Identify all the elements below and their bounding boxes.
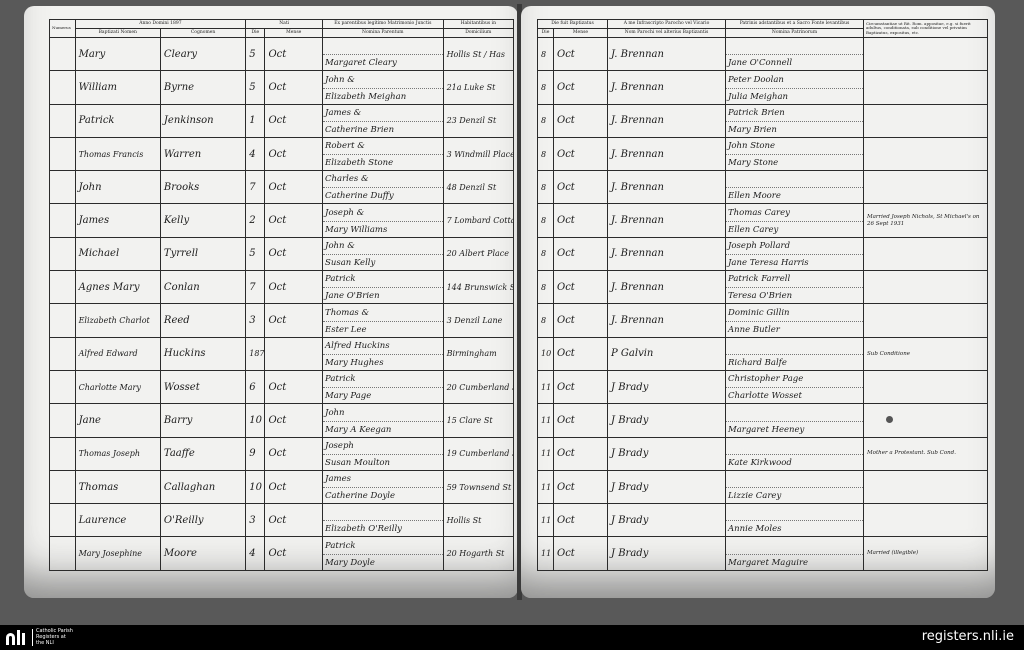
- father-name: Robert &: [323, 138, 443, 154]
- domicile: Hollis St / Has: [443, 38, 513, 71]
- entry-number: [50, 71, 76, 104]
- table-row: MichaelTyrrell5OctJohn &Susan Kelly20 Al…: [50, 237, 514, 270]
- ink-spot: [886, 416, 893, 423]
- baptized-surname: Moore: [160, 537, 245, 570]
- birth-month: Oct: [265, 237, 323, 270]
- table-row: WilliamByrne5OctJohn &Elizabeth Meighan2…: [50, 71, 514, 104]
- father-name: John &: [323, 238, 443, 254]
- baptized-surname: Brooks: [160, 171, 245, 204]
- godmother-name: Annie Moles: [726, 520, 863, 536]
- godparents-names: Patrick FarrellTeresa O'Brien: [726, 271, 864, 304]
- birth-month: Oct: [265, 38, 323, 71]
- circumstance-note: [864, 304, 988, 337]
- table-row: 11OctJ BradyMargaret MaguireMarried (ill…: [538, 537, 988, 570]
- godmother-name: Richard Balfe: [726, 354, 863, 370]
- image-viewer[interactable]: Numerus Anno Domini 1897 Nati Ex parenti…: [0, 0, 1024, 625]
- table-row: 8OctJ. BrennanEllen Moore: [538, 171, 988, 204]
- baptism-register-right-table: Die fuit Baptizatus A me Infrascripto Pa…: [537, 19, 988, 571]
- entry-number: [50, 404, 76, 437]
- baptized-name: Alfred Edward: [75, 337, 160, 370]
- entry-number: [50, 137, 76, 170]
- mother-name: Susan Kelly: [323, 254, 443, 270]
- table-row: JohnBrooks7OctCharles &Catherine Duffy48…: [50, 171, 514, 204]
- godfather-name: Patrick Farrell: [726, 271, 863, 287]
- birth-month: Oct: [265, 470, 323, 503]
- godmother-name: Lizzie Carey: [726, 487, 863, 503]
- circumstance-note: [864, 504, 988, 537]
- parents-names: PatrickMary Doyle: [323, 537, 444, 570]
- baptized-surname: Reed: [160, 304, 245, 337]
- baptism-month: Oct: [554, 237, 608, 270]
- baptized-name: Mary: [75, 38, 160, 71]
- godfather-name: Peter Doolan: [726, 72, 863, 88]
- circumstance-note: Married Joseph Nichols, St Michael's on …: [864, 204, 988, 237]
- header-ministro: A me Infrascripto Parocho vel Vicario: [608, 20, 726, 29]
- domicile: 48 Denzil St: [443, 171, 513, 204]
- birth-month: Oct: [265, 104, 323, 137]
- baptism-month: Oct: [554, 38, 608, 71]
- table-row: 8OctJ. BrennanJane O'Connell: [538, 38, 988, 71]
- table-row: 11OctJ BradyMargaret Heeney: [538, 404, 988, 437]
- priest-name: J. Brennan: [608, 271, 726, 304]
- godmother-name: Teresa O'Brien: [726, 287, 863, 303]
- birth-day: 2: [246, 204, 265, 237]
- table-row: JamesKelly2OctJoseph &Mary Williams7 Lom…: [50, 204, 514, 237]
- entry-number: [50, 104, 76, 137]
- baptized-surname: Kelly: [160, 204, 245, 237]
- baptism-month: Oct: [554, 104, 608, 137]
- parents-names: PatrickMary Page: [323, 370, 444, 403]
- domicile: Hollis St: [443, 504, 513, 537]
- baptism-day: 8: [538, 304, 554, 337]
- baptism-month: Oct: [554, 171, 608, 204]
- entry-number: [50, 470, 76, 503]
- baptized-surname: Cleary: [160, 38, 245, 71]
- baptism-day: 8: [538, 204, 554, 237]
- birth-month: Oct: [265, 137, 323, 170]
- baptized-name: Charlotte Mary: [75, 370, 160, 403]
- table-row: 10OctP GalvinRichard BalfeSub Conditione: [538, 337, 988, 370]
- birth-day: 1875: [246, 337, 265, 370]
- priest-name: J Brady: [608, 537, 726, 570]
- mother-name: Elizabeth Meighan: [323, 88, 443, 104]
- parents-names: Charles &Catherine Duffy: [323, 171, 444, 204]
- circumstance-note: [864, 137, 988, 170]
- birth-day: 4: [246, 137, 265, 170]
- domicile: 20 Cumberland St: [443, 370, 513, 403]
- baptism-day: 8: [538, 71, 554, 104]
- parents-names: John &Elizabeth Meighan: [323, 71, 444, 104]
- priest-name: J. Brennan: [608, 71, 726, 104]
- birth-day: 7: [246, 271, 265, 304]
- table-row: 11OctJ BradyLizzie Carey: [538, 470, 988, 503]
- father-name: Patrick: [323, 538, 443, 554]
- birth-day: 3: [246, 504, 265, 537]
- parents-names: John &Susan Kelly: [323, 237, 444, 270]
- birth-month: Oct: [265, 71, 323, 104]
- godmother-name: Kate Kirkwood: [726, 454, 863, 470]
- circumstance-note: [864, 171, 988, 204]
- father-name: [323, 38, 443, 54]
- header-nomina-patrinorum: Nomina Patrinorum: [726, 29, 864, 38]
- godparents-names: Annie Moles: [726, 504, 864, 537]
- priest-name: P Galvin: [608, 337, 726, 370]
- table-row: Agnes MaryConlan7OctPatrickJane O'Brien1…: [50, 271, 514, 304]
- birth-day: 4: [246, 537, 265, 570]
- baptized-name: Mary Josephine: [75, 537, 160, 570]
- birth-month: Oct: [265, 437, 323, 470]
- register-page-left: Numerus Anno Domini 1897 Nati Ex parenti…: [24, 6, 518, 598]
- table-row: JaneBarry10OctJohnMary A Keegan15 Clare …: [50, 404, 514, 437]
- site-link[interactable]: registers.nli.ie: [922, 629, 1014, 644]
- circumstance-note: [864, 71, 988, 104]
- entry-number: [50, 38, 76, 71]
- table-row: 8OctJ. BrennanPatrick FarrellTeresa O'Br…: [538, 271, 988, 304]
- domicile: Birmingham: [443, 337, 513, 370]
- father-name: Alfred Huckins: [323, 338, 443, 354]
- godfather-name: [726, 38, 863, 54]
- godfather-name: John Stone: [726, 138, 863, 154]
- entry-number: [50, 504, 76, 537]
- birth-day: 10: [246, 470, 265, 503]
- baptized-surname: Taaffe: [160, 437, 245, 470]
- baptism-month: Oct: [554, 437, 608, 470]
- header-die: Die: [246, 29, 265, 38]
- father-name: James &: [323, 105, 443, 121]
- birth-month: Oct: [265, 537, 323, 570]
- table-row: MaryCleary5OctMargaret ClearyHollis St /…: [50, 38, 514, 71]
- table-row: ThomasCallaghan10OctJamesCatherine Doyle…: [50, 470, 514, 503]
- godparents-names: Peter DoolanJulia Meighan: [726, 71, 864, 104]
- baptized-surname: Jenkinson: [160, 104, 245, 137]
- birth-day: 1: [246, 104, 265, 137]
- baptism-month: Oct: [554, 204, 608, 237]
- entry-number: [50, 437, 76, 470]
- godparents-names: Richard Balfe: [726, 337, 864, 370]
- godmother-name: Ellen Carey: [726, 221, 863, 237]
- father-name: Joseph &: [323, 205, 443, 221]
- baptism-month: Oct: [554, 337, 608, 370]
- mother-name: Susan Moulton: [323, 454, 443, 470]
- header-habitantibus: Habitantibus in: [443, 20, 513, 29]
- nli-logo-icon[interactable]: [6, 629, 30, 645]
- godparents-names: Lizzie Carey: [726, 470, 864, 503]
- godparents-names: Dominic GillinAnne Butler: [726, 304, 864, 337]
- godmother-name: Charlotte Wosset: [726, 387, 863, 403]
- baptized-name: Thomas: [75, 470, 160, 503]
- godfather-name: Thomas Carey: [726, 205, 863, 221]
- father-name: James: [323, 471, 443, 487]
- table-row: 8OctJ. BrennanJohn StoneMary Stone: [538, 137, 988, 170]
- baptism-day: 8: [538, 271, 554, 304]
- baptism-month: Oct: [554, 271, 608, 304]
- entry-number: [50, 237, 76, 270]
- godmother-name: Anne Butler: [726, 321, 863, 337]
- table-row: 8OctJ. BrennanJoseph PollardJane Teresa …: [538, 237, 988, 270]
- mother-name: Catherine Doyle: [323, 487, 443, 503]
- godparents-names: Jane O'Connell: [726, 38, 864, 71]
- table-row: PatrickJenkinson1OctJames &Catherine Bri…: [50, 104, 514, 137]
- father-name: Thomas &: [323, 305, 443, 321]
- godfather-name: Dominic Gillin: [726, 305, 863, 321]
- domicile: 7 Lombard Cottages: [443, 204, 513, 237]
- father-name: Patrick: [323, 271, 443, 287]
- priest-name: J Brady: [608, 404, 726, 437]
- baptism-day: 8: [538, 237, 554, 270]
- baptism-day: 11: [538, 370, 554, 403]
- birth-day: 5: [246, 237, 265, 270]
- circumstance-note: [864, 404, 988, 437]
- godmother-name: Mary Stone: [726, 154, 863, 170]
- baptism-month: Oct: [554, 370, 608, 403]
- table-row: LaurenceO'Reilly3OctElizabeth O'ReillyHo…: [50, 504, 514, 537]
- baptism-month: Oct: [554, 137, 608, 170]
- mother-name: Mary Hughes: [323, 354, 443, 370]
- baptism-month: Oct: [554, 404, 608, 437]
- table-row: Charlotte MaryWosset6OctPatrickMary Page…: [50, 370, 514, 403]
- parents-names: PatrickJane O'Brien: [323, 271, 444, 304]
- priest-name: J Brady: [608, 370, 726, 403]
- birth-day: 3: [246, 304, 265, 337]
- godmother-name: Ellen Moore: [726, 187, 863, 203]
- circumstance-note: [864, 470, 988, 503]
- parents-names: Margaret Cleary: [323, 38, 444, 71]
- baptism-day: 11: [538, 404, 554, 437]
- mother-name: Jane O'Brien: [323, 287, 443, 303]
- father-name: Patrick: [323, 371, 443, 387]
- birth-month: Oct: [265, 271, 323, 304]
- godparents-names: Kate Kirkwood: [726, 437, 864, 470]
- baptized-surname: Conlan: [160, 271, 245, 304]
- baptism-day: 11: [538, 537, 554, 570]
- birth-month: Oct: [265, 171, 323, 204]
- mother-name: Mary Williams: [323, 221, 443, 237]
- godfather-name: [726, 504, 863, 520]
- baptism-day: 8: [538, 137, 554, 170]
- baptized-name: Elizabeth Charlot: [75, 304, 160, 337]
- parents-names: Alfred HuckinsMary Hughes: [323, 337, 444, 370]
- baptized-surname: O'Reilly: [160, 504, 245, 537]
- baptized-name: Laurence: [75, 504, 160, 537]
- godparents-names: Margaret Maguire: [726, 537, 864, 570]
- domicile: 3 Windmill Place: [443, 137, 513, 170]
- parents-names: Thomas &Ester Lee: [323, 304, 444, 337]
- godmother-name: Margaret Heeney: [726, 421, 863, 437]
- entry-number: [50, 204, 76, 237]
- godparents-names: Christopher PageCharlotte Wosset: [726, 370, 864, 403]
- baptized-name: Patrick: [75, 104, 160, 137]
- birth-day: 5: [246, 71, 265, 104]
- baptism-month: Oct: [554, 537, 608, 570]
- birth-month: [265, 337, 323, 370]
- baptism-day: 11: [538, 470, 554, 503]
- header-nomina-parentum: Nomina Parentum: [323, 29, 444, 38]
- table-row: 8OctJ. BrennanDominic GillinAnne Butler: [538, 304, 988, 337]
- baptized-name: William: [75, 71, 160, 104]
- entry-number: [50, 304, 76, 337]
- baptism-day: 8: [538, 104, 554, 137]
- logo-text: Catholic Parish Registers at the NLI: [36, 628, 73, 646]
- baptism-month: Oct: [554, 71, 608, 104]
- godfather-name: [726, 171, 863, 187]
- priest-name: J Brady: [608, 437, 726, 470]
- domicile: 59 Townsend St: [443, 470, 513, 503]
- mother-name: Mary Page: [323, 387, 443, 403]
- baptized-name: John: [75, 171, 160, 204]
- domicile: 3 Denzil Lane: [443, 304, 513, 337]
- table-row: 11OctJ BradyChristopher PageCharlotte Wo…: [538, 370, 988, 403]
- priest-name: J. Brennan: [608, 237, 726, 270]
- parents-names: JosephSusan Moulton: [323, 437, 444, 470]
- baptized-surname: Warren: [160, 137, 245, 170]
- domicile: 20 Hogarth St: [443, 537, 513, 570]
- table-row: Mary JosephineMoore4OctPatrickMary Doyle…: [50, 537, 514, 570]
- priest-name: J. Brennan: [608, 204, 726, 237]
- table-row: Thomas JosephTaaffe9OctJosephSusan Moult…: [50, 437, 514, 470]
- circumstance-note: Married (illegible): [864, 537, 988, 570]
- table-row: Elizabeth CharlotReed3OctThomas &Ester L…: [50, 304, 514, 337]
- godfather-name: [726, 405, 863, 421]
- header-baptizatus: Die fuit Baptizatus: [538, 20, 608, 29]
- mother-name: Mary Doyle: [323, 554, 443, 570]
- godfather-name: Christopher Page: [726, 371, 863, 387]
- godfather-name: [726, 438, 863, 454]
- baptism-register-left-table: Numerus Anno Domini 1897 Nati Ex parenti…: [49, 19, 514, 571]
- birth-month: Oct: [265, 204, 323, 237]
- birth-month: Oct: [265, 370, 323, 403]
- mother-name: Elizabeth O'Reilly: [323, 520, 443, 536]
- birth-day: 5: [246, 38, 265, 71]
- mother-name: Catherine Duffy: [323, 187, 443, 203]
- birth-month: Oct: [265, 504, 323, 537]
- circumstance-note: [864, 237, 988, 270]
- mother-name: Catherine Brien: [323, 121, 443, 137]
- godparents-names: Ellen Moore: [726, 171, 864, 204]
- baptized-surname: Huckins: [160, 337, 245, 370]
- parents-names: Joseph &Mary Williams: [323, 204, 444, 237]
- father-name: John: [323, 405, 443, 421]
- mother-name: Ester Lee: [323, 321, 443, 337]
- baptism-day: 8: [538, 171, 554, 204]
- baptized-surname: Wosset: [160, 370, 245, 403]
- baptized-name: James: [75, 204, 160, 237]
- priest-name: J. Brennan: [608, 171, 726, 204]
- priest-name: J. Brennan: [608, 104, 726, 137]
- header-nati: Nati: [246, 20, 323, 29]
- baptism-day: 10: [538, 337, 554, 370]
- mother-name: Margaret Cleary: [323, 54, 443, 70]
- priest-name: J. Brennan: [608, 137, 726, 170]
- godmother-name: Jane O'Connell: [726, 54, 863, 70]
- entry-number: [50, 271, 76, 304]
- godparents-names: Joseph PollardJane Teresa Harris: [726, 237, 864, 270]
- baptized-surname: Tyrrell: [160, 237, 245, 270]
- baptized-name: Michael: [75, 237, 160, 270]
- logo-divider: [32, 629, 33, 646]
- table-row: 11OctJ BradyAnnie Moles: [538, 504, 988, 537]
- father-name: Joseph: [323, 438, 443, 454]
- godmother-name: Jane Teresa Harris: [726, 254, 863, 270]
- domicile: 23 Denzil St: [443, 104, 513, 137]
- table-row: 11OctJ BradyKate KirkwoodMother a Protes…: [538, 437, 988, 470]
- domicile: 15 Clare St: [443, 404, 513, 437]
- baptized-name: Agnes Mary: [75, 271, 160, 304]
- domicile: 21a Luke St: [443, 71, 513, 104]
- birth-month: Oct: [265, 404, 323, 437]
- header-patrinis: Patrinis adstantibus et a Sacro Fonte le…: [726, 20, 864, 29]
- circumstance-note: Sub Conditione: [864, 337, 988, 370]
- header-mense: Mense: [265, 29, 323, 38]
- baptism-day: 11: [538, 437, 554, 470]
- birth-month: Oct: [265, 304, 323, 337]
- entry-number: [50, 370, 76, 403]
- godfather-name: [726, 471, 863, 487]
- baptism-month: Oct: [554, 504, 608, 537]
- baptized-name: Thomas Francis: [75, 137, 160, 170]
- entry-number: [50, 537, 76, 570]
- godmother-name: Julia Meighan: [726, 88, 863, 104]
- circumstance-note: [864, 271, 988, 304]
- father-name: Charles &: [323, 171, 443, 187]
- godfather-name: [726, 338, 863, 354]
- godmother-name: Margaret Maguire: [726, 554, 863, 570]
- header-cognomen: Cognomen: [160, 29, 245, 38]
- header-die: Die: [538, 29, 554, 38]
- priest-name: J Brady: [608, 504, 726, 537]
- domicile: 20 Albert Place: [443, 237, 513, 270]
- priest-name: J. Brennan: [608, 304, 726, 337]
- mother-name: Elizabeth Stone: [323, 154, 443, 170]
- mother-name: Mary A Keegan: [323, 421, 443, 437]
- parents-names: James &Catherine Brien: [323, 104, 444, 137]
- parents-names: JohnMary A Keegan: [323, 404, 444, 437]
- godfather-name: Patrick Brien: [726, 105, 863, 121]
- baptized-surname: Byrne: [160, 71, 245, 104]
- header-numerus: Numerus: [50, 20, 76, 38]
- parents-names: JamesCatherine Doyle: [323, 470, 444, 503]
- godparents-names: Patrick BrienMary Brien: [726, 104, 864, 137]
- table-row: 8OctJ. BrennanThomas CareyEllen CareyMar…: [538, 204, 988, 237]
- header-circumstantiae: Circumstantiae ut Rit. Rom. appositae, e…: [864, 20, 988, 38]
- baptism-day: 11: [538, 504, 554, 537]
- father-name: John &: [323, 72, 443, 88]
- godparents-names: John StoneMary Stone: [726, 137, 864, 170]
- father-name: [323, 504, 443, 520]
- entry-number: [50, 337, 76, 370]
- domicile: 144 Brunswick St: [443, 271, 513, 304]
- domicile: 19 Cumberland St: [443, 437, 513, 470]
- parents-names: Elizabeth O'Reilly: [323, 504, 444, 537]
- godmother-name: Mary Brien: [726, 121, 863, 137]
- priest-name: J. Brennan: [608, 38, 726, 71]
- godfather-name: [726, 538, 863, 554]
- baptism-day: 8: [538, 38, 554, 71]
- footer-bar: Catholic Parish Registers at the NLI reg…: [0, 625, 1024, 650]
- baptism-month: Oct: [554, 470, 608, 503]
- birth-day: 10: [246, 404, 265, 437]
- circumstance-note: [864, 104, 988, 137]
- baptized-surname: Barry: [160, 404, 245, 437]
- header-nomen-parochi: Nom Parochi vel alterius Baptizantis: [608, 29, 726, 38]
- godparents-names: Margaret Heeney: [726, 404, 864, 437]
- header-parentibus: Ex parentibus legitimo Matrimonio Juncti…: [323, 20, 444, 29]
- table-row: Alfred EdwardHuckins1875Alfred HuckinsMa…: [50, 337, 514, 370]
- birth-day: 9: [246, 437, 265, 470]
- priest-name: J Brady: [608, 470, 726, 503]
- baptized-surname: Callaghan: [160, 470, 245, 503]
- header-anno-domini: Anno Domini 1897: [75, 20, 246, 29]
- baptized-name: Thomas Joseph: [75, 437, 160, 470]
